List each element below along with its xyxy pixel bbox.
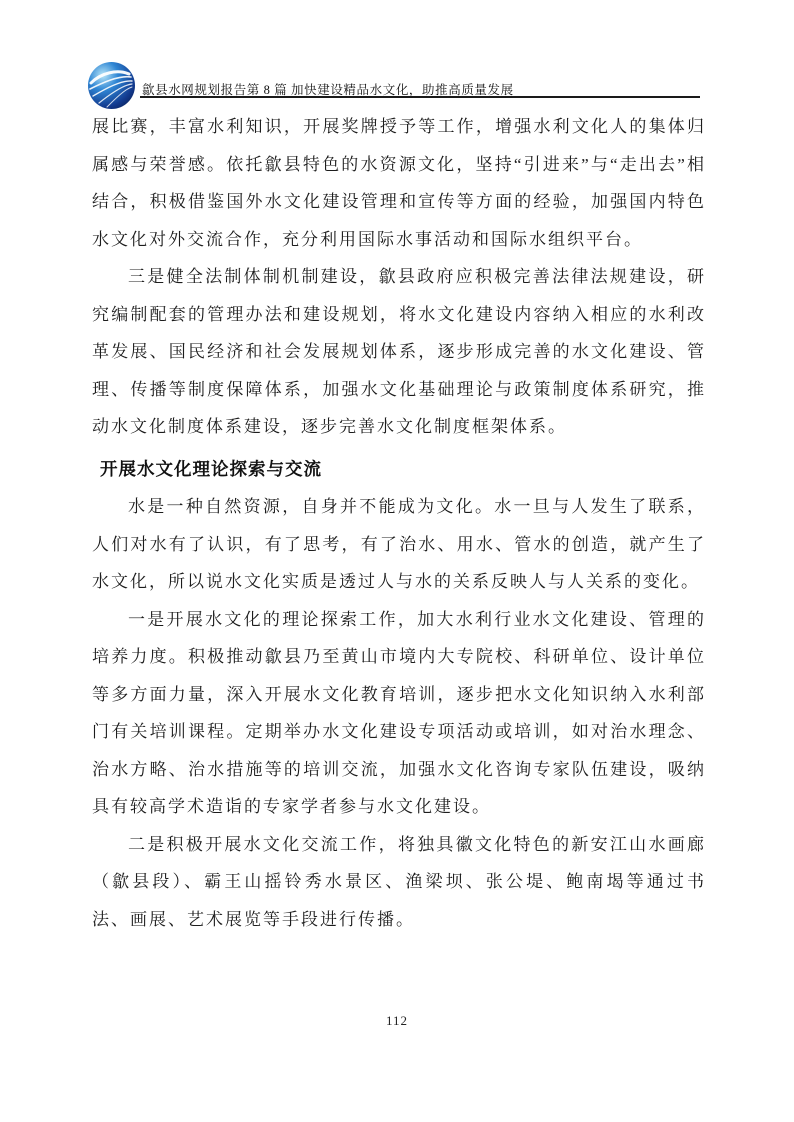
paragraph: 二是积极开展水文化交流工作，将独具徽文化特色的新安江山水画廊（歙县段）、霸王山摇… (92, 826, 706, 939)
document-body: 展比赛，丰富水利知识，开展奖牌授予等工作，增强水利文化人的集体归属感与荣誉感。依… (92, 108, 706, 938)
paragraph-continued: 展比赛，丰富水利知识，开展奖牌授予等工作，增强水利文化人的集体归属感与荣誉感。依… (92, 108, 706, 258)
paragraph: 水是一种自然资源，自身并不能成为文化。水一旦与人发生了联系，人们对水有了认识，有… (92, 488, 706, 601)
section-heading: 开展水文化理论探索与交流 (92, 451, 706, 489)
document-page: 歙县水网规划报告第 8 篇 加快建设精品水文化，助推高质量发展 展比赛，丰富水利… (0, 0, 794, 1122)
paragraph: 三是健全法制体制机制建设，歙县政府应积极完善法律法规建设，研究编制配套的管理办法… (92, 258, 706, 446)
page-number: 112 (386, 1013, 408, 1028)
page-footer: 112 (0, 1012, 794, 1030)
paragraph: 一是开展水文化的理论探索工作，加大水利行业水文化建设、管理的培养力度。积极推动歙… (92, 601, 706, 826)
water-network-logo-icon (87, 61, 136, 110)
header-rule (140, 96, 700, 98)
